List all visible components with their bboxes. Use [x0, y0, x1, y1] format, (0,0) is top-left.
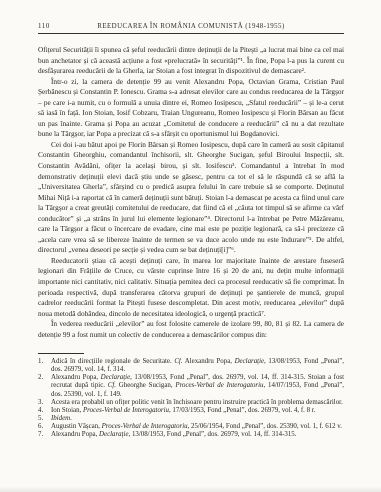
footnote-text: Ion Stoian, Proces-Verbal de Interogator…	[51, 407, 344, 415]
footnote-text: Augustin Vâșcan, Proces-Verbal de Intero…	[51, 423, 344, 431]
running-title: REEDUCAREA ÎN ROMÂNIA COMUNISTĂ (1948-19…	[97, 23, 284, 30]
footnote: 2.Alexandru Popa, Declarație, 13/08/1953…	[38, 374, 344, 398]
footnote-text: Ibidem.	[51, 415, 344, 423]
footnote-number: 3.	[38, 399, 51, 407]
footnote: 3.Acesta era probabil un ofițer politic …	[38, 399, 344, 407]
footnote: 7.Alexandru Popa, Declarație, 13/08/1953…	[38, 431, 344, 439]
paragraph: Reeducatorii știau că acești deținuți ca…	[38, 256, 344, 319]
footnote: 1.Adică în direcțiile regionale de Secur…	[38, 358, 344, 374]
footnotes-list: 1.Adică în direcțiile regionale de Secur…	[38, 358, 344, 468]
paragraph: Într-o zi, la camera de detenție 99 au v…	[38, 77, 344, 140]
footnote-text: Alexandru Popa, Declarație, 13/08/1953, …	[51, 431, 344, 439]
footnote: 6.Augustin Vâșcan, Proces-Verbal de Inte…	[38, 423, 344, 431]
footnote-number: 1.	[38, 358, 51, 374]
footnote-number: 4.	[38, 407, 51, 415]
paragraph: Cei doi i-au bătut apoi pe Florin Bârsan…	[38, 140, 344, 256]
footnote-number: 5.	[38, 415, 51, 423]
footnote-text: Adică în direcțiile regionale de Securit…	[51, 358, 344, 374]
paragraph: Ofițerul Securității îi spunea că șeful …	[38, 45, 344, 77]
page-header: 110 REEDUCAREA ÎN ROMÂNIA COMUNISTĂ (194…	[38, 23, 344, 34]
footnote-number: 6.	[38, 423, 51, 431]
footnote-separator	[38, 353, 84, 354]
footnote-text: Acesta era probabil un ofițer politic ve…	[51, 399, 344, 407]
footnote-text: Alexandru Popa, Declarație, 13/08/1953, …	[51, 374, 344, 398]
footnote-number: 2.	[38, 374, 51, 398]
page-number: 110	[38, 23, 50, 30]
body-paragraphs: Ofițerul Securității îi spunea că șeful …	[38, 45, 344, 341]
document-page: 110 REEDUCAREA ÎN ROMÂNIA COMUNISTĂ (194…	[0, 0, 381, 492]
footnote: 4.Ion Stoian, Proces-Verbal de Interogat…	[38, 407, 344, 415]
footnote-number: 7.	[38, 431, 51, 439]
paragraph: În vederea reeducării „elevilor” au fost…	[38, 319, 344, 340]
footnote: 5.Ibidem.	[38, 415, 344, 423]
